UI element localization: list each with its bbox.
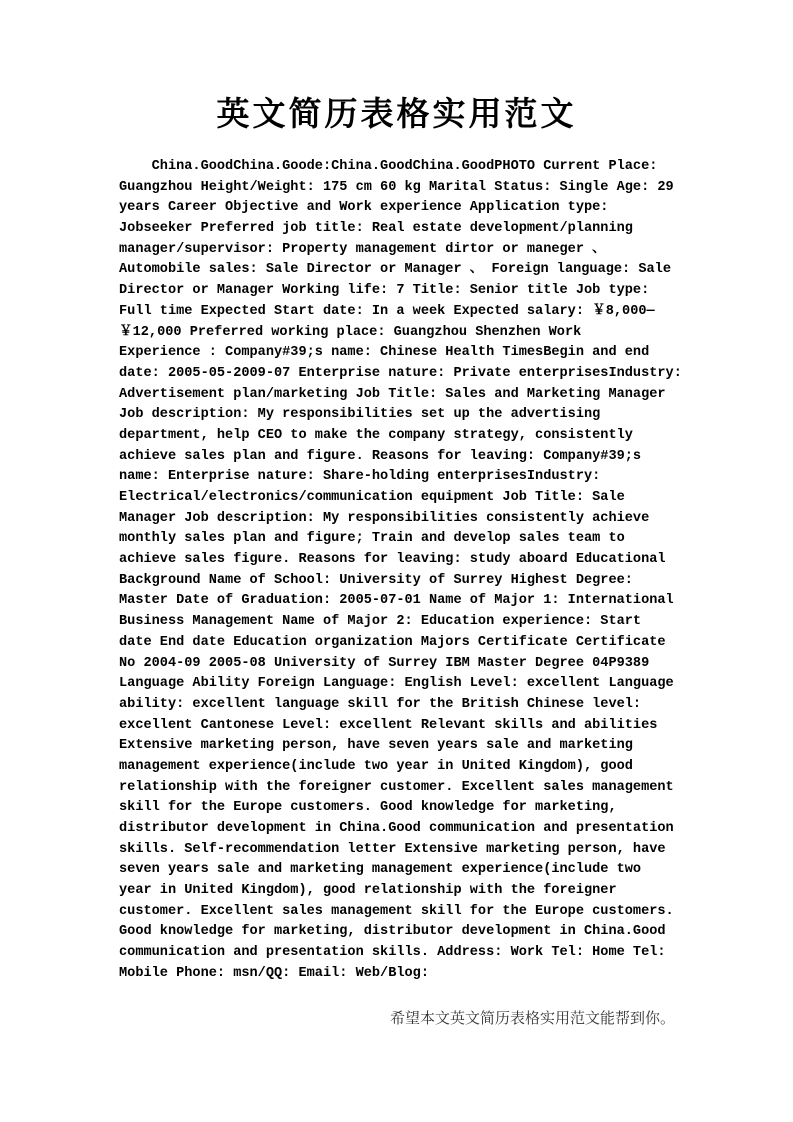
body-text-line: Extensive marketing person, have seven y… <box>119 736 705 757</box>
document-page: 英文简历表格实用范文 China.GoodChina.Goode:China.G… <box>0 0 793 1122</box>
body-text-line: Background Name of School: University of… <box>119 571 705 592</box>
body-text-line: relationship with the foreigner customer… <box>119 778 705 799</box>
body-text-line: Job description: My responsibilities set… <box>119 405 705 426</box>
body-text-line: seven years sale and marketing managemen… <box>119 860 705 881</box>
body-text-line: communication and presentation skills. A… <box>119 943 705 964</box>
body-text-line: Manager Job description: My responsibili… <box>119 509 705 530</box>
body-text-line: distributor development in China.Good co… <box>119 819 705 840</box>
body-text-line: achieve sales figure. Reasons for leavin… <box>119 550 705 571</box>
body-text-line: name: Enterprise nature: Share-holding e… <box>119 467 705 488</box>
body-text-line: ability: excellent language skill for th… <box>119 695 705 716</box>
body-text-line: No 2004-09 2005-08 University of Surrey … <box>119 654 705 675</box>
body-text-line: manager/supervisor: Property management … <box>119 240 705 261</box>
body-text-line: Mobile Phone: msn/QQ: Email: Web/Blog: <box>119 964 705 985</box>
body-text-line: Good knowledge for marketing, distributo… <box>119 922 705 943</box>
body-text-line: achieve sales plan and figure. Reasons f… <box>119 447 705 468</box>
body-text-line: ￥12,000 Preferred working place: Guangzh… <box>119 323 705 344</box>
document-title: 英文简历表格实用范文 <box>0 88 793 135</box>
body-text-line: Master Date of Graduation: 2005-07-01 Na… <box>119 591 705 612</box>
body-text-line: year in United Kingdom), good relationsh… <box>119 881 705 902</box>
body-text-line: Jobseeker Preferred job title: Real esta… <box>119 219 705 240</box>
body-text-line: Full time Expected Start date: In a week… <box>119 302 705 323</box>
body-text-line: Director or Manager Working life: 7 Titl… <box>119 281 705 302</box>
body-text-line: Automobile sales: Sale Director or Manag… <box>119 260 705 281</box>
body-text-line: Advertisement plan/marketing Job Title: … <box>119 385 705 406</box>
body-text-line: date End date Education organization Maj… <box>119 633 705 654</box>
document-footer-note: 希望本文英文简历表格实用范文能帮到你。 <box>390 1007 675 1028</box>
body-text-line: Experience : Company#39;s name: Chinese … <box>119 343 705 364</box>
body-text-line: Business Management Name of Major 2: Edu… <box>119 612 705 633</box>
body-text-line: Language Ability Foreign Language: Engli… <box>119 674 705 695</box>
body-text-line: date: 2005-05-2009-07 Enterprise nature:… <box>119 364 705 385</box>
body-text-line: skills. Self-recommendation letter Exten… <box>119 840 705 861</box>
body-text-line: years Career Objective and Work experien… <box>119 198 705 219</box>
body-text-line: customer. Excellent sales management ski… <box>119 902 705 923</box>
body-text-line: monthly sales plan and figure; Train and… <box>119 529 705 550</box>
body-text-line: Electrical/electronics/communication equ… <box>119 488 705 509</box>
body-text-line: management experience(include two year i… <box>119 757 705 778</box>
body-text-line: skill for the Europe customers. Good kno… <box>119 798 705 819</box>
body-text-line: China.GoodChina.Goode:China.GoodChina.Go… <box>119 157 705 178</box>
body-text-line: department, help CEO to make the company… <box>119 426 705 447</box>
body-text-line: Guangzhou Height/Weight: 175 cm 60 kg Ma… <box>119 178 705 199</box>
body-text-line: excellent Cantonese Level: excellent Rel… <box>119 716 705 737</box>
document-body: China.GoodChina.Goode:China.GoodChina.Go… <box>119 157 705 985</box>
